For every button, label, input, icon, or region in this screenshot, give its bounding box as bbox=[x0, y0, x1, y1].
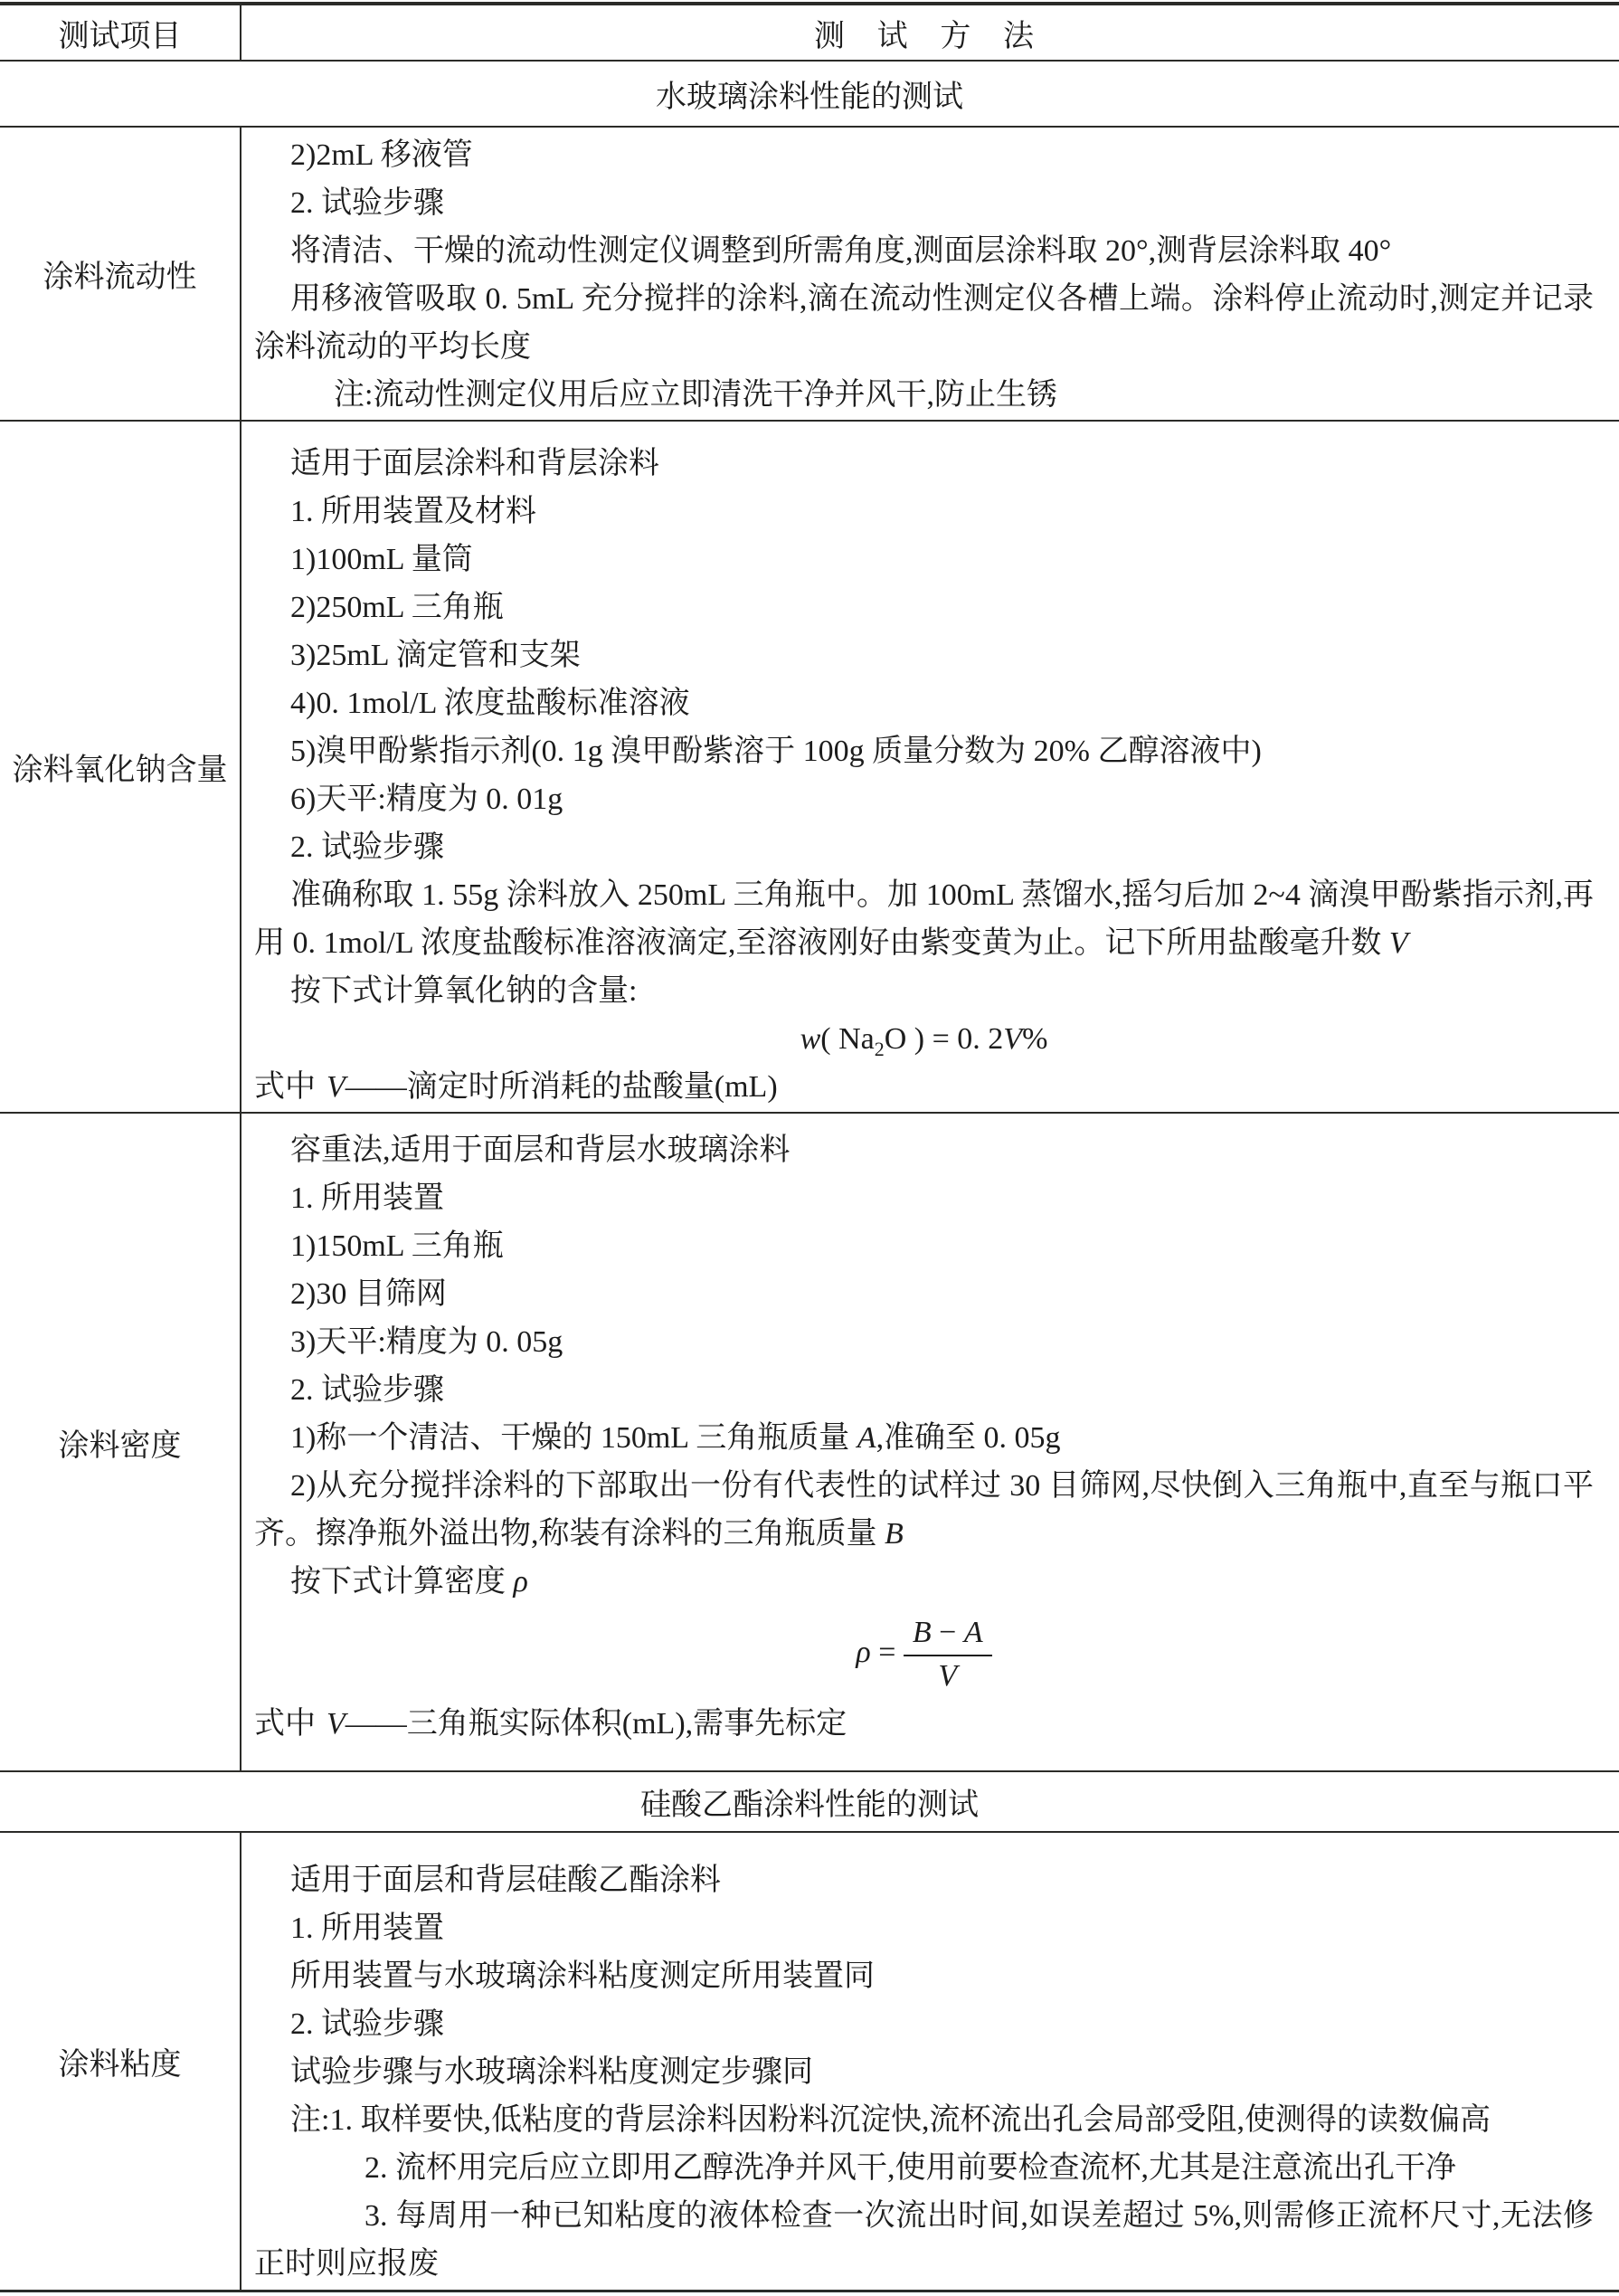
variable-A: A bbox=[964, 1616, 983, 1649]
column-header-test-item-label: 测试项目 bbox=[59, 11, 182, 55]
equals-sign: = bbox=[871, 1636, 904, 1669]
paragraph-text: 按下式计算密度 bbox=[290, 1565, 514, 1599]
variable-rho: ρ bbox=[856, 1636, 870, 1669]
test-methods-table: 测试项目 测试方法 水玻璃涂料性能的测试 涂料流动性 2)2mL 移液管 2. … bbox=[0, 2, 1619, 2292]
note-paragraph: 2. 流杯用完后应立即用乙醇洗净并风干,使用前要检查流杯,尤其是注意流出孔干净 bbox=[254, 2144, 1594, 2192]
variable-B: B bbox=[913, 1616, 932, 1649]
legend-text: ——滴定时所消耗的盐酸量(mL) bbox=[346, 1070, 778, 1104]
paragraph-text: 2)从充分搅拌涂料的下部取出一份有代表性的试样过 30 目筛网,尽快倒入三角瓶中… bbox=[254, 1469, 1594, 1551]
paragraph: 按下式计算氧化钠的含量: bbox=[254, 967, 1594, 1015]
paragraph: 1. 所用装置及材料 bbox=[254, 488, 1594, 536]
test-item-text: 涂料粘度 bbox=[59, 2039, 182, 2083]
variable-V: V bbox=[327, 1070, 346, 1104]
formula-text: ( Na bbox=[820, 1022, 874, 1056]
paragraph: 2)从充分搅拌涂料的下部取出一份有代表性的试样过 30 目筛网,尽快倒入三角瓶中… bbox=[254, 1462, 1594, 1558]
legend-prefix: 式中 bbox=[254, 1070, 316, 1104]
density-formula: ρ = B − AV bbox=[254, 1606, 1594, 1700]
fraction-numerator: B − A bbox=[904, 1615, 992, 1656]
note-paragraph: 注:流动性测定仪用后应立即清洗干净并风干,防止生锈 bbox=[254, 371, 1594, 419]
paragraph: 将清洁、干燥的流动性测定仪调整到所需角度,测面层涂料取 20°,测背层涂料取 4… bbox=[254, 227, 1594, 275]
variable-V: V bbox=[1003, 1022, 1022, 1056]
paragraph: 4)0. 1mol/L 浓度盐酸标准溶液 bbox=[254, 679, 1594, 727]
formula-text: % bbox=[1022, 1022, 1047, 1056]
paragraph: 6)天平:精度为 0. 01g bbox=[254, 775, 1594, 823]
method-cell-fluidity: 2)2mL 移液管 2. 试验步骤 将清洁、干燥的流动性测定仪调整到所需角度,测… bbox=[240, 128, 1619, 420]
column-header-test-method-label: 测试方法 bbox=[814, 11, 1066, 55]
section-title-water-glass: 水玻璃涂料性能的测试 bbox=[0, 62, 1619, 128]
paragraph: 1. 所用装置 bbox=[254, 1904, 1594, 1952]
test-item-text: 涂料密度 bbox=[59, 1420, 182, 1465]
variable-w: w bbox=[800, 1022, 821, 1056]
paragraph: 2. 试验步骤 bbox=[254, 1366, 1594, 1414]
paragraph-text: 1)称一个清洁、干燥的 150mL 三角瓶质量 bbox=[290, 1421, 857, 1455]
test-item-label-viscosity: 涂料粘度 bbox=[0, 1833, 240, 2290]
paragraph: 所用装置与水玻璃涂料粘度测定所用装置同 bbox=[254, 1952, 1594, 2000]
test-item-text: 涂料流动性 bbox=[43, 251, 197, 296]
column-header-test-item: 测试项目 bbox=[0, 5, 240, 60]
paragraph: 2. 试验步骤 bbox=[254, 179, 1594, 227]
paragraph: 2. 试验步骤 bbox=[254, 823, 1594, 871]
method-cell-density: 容重法,适用于面层和背层水玻璃涂料 1. 所用装置 1)150mL 三角瓶 2)… bbox=[240, 1114, 1619, 1770]
formula-legend: 式中V——三角瓶实际体积(mL),需事先标定 bbox=[254, 1700, 1594, 1748]
paragraph: 适用于面层和背层硅酸乙酯涂料 bbox=[254, 1856, 1594, 1904]
paragraph: 用移液管吸取 0. 5mL 充分搅拌的涂料,滴在流动性测定仪各槽上端。涂料停止流… bbox=[254, 275, 1594, 371]
paragraph: 2. 试验步骤 bbox=[254, 2000, 1594, 2048]
fraction-denominator: V bbox=[904, 1656, 992, 1694]
paragraph: 1)称一个清洁、干燥的 150mL 三角瓶质量 A,准确至 0. 05g bbox=[254, 1414, 1594, 1462]
method-cell-viscosity: 适用于面层和背层硅酸乙酯涂料 1. 所用装置 所用装置与水玻璃涂料粘度测定所用装… bbox=[240, 1833, 1619, 2290]
formula-legend: 式中V——滴定时所消耗的盐酸量(mL) bbox=[254, 1063, 1594, 1111]
paragraph: 适用于面层涂料和背层涂料 bbox=[254, 440, 1594, 488]
legend-prefix: 式中 bbox=[254, 1707, 316, 1741]
variable-rho: ρ bbox=[514, 1565, 528, 1599]
paragraph: 2)30 目筛网 bbox=[254, 1270, 1594, 1318]
table-header-row: 测试项目 测试方法 bbox=[0, 5, 1619, 62]
column-header-test-method: 测试方法 bbox=[240, 5, 1619, 60]
paragraph: 3)天平:精度为 0. 05g bbox=[254, 1318, 1594, 1366]
paragraph: 试验步骤与水玻璃涂料粘度测定步骤同 bbox=[254, 2048, 1594, 2096]
subscript-2: 2 bbox=[875, 1038, 885, 1060]
variable-V: V bbox=[1389, 926, 1408, 960]
note-paragraph: 3. 每周用一种已知粘度的液体检查一次流出时间,如误差超过 5%,则需修正流杯尺… bbox=[254, 2192, 1594, 2288]
row-coating-density: 涂料密度 容重法,适用于面层和背层水玻璃涂料 1. 所用装置 1)150mL 三… bbox=[0, 1114, 1619, 1772]
paragraph: 1. 所用装置 bbox=[254, 1174, 1594, 1222]
na2o-formula: w( Na2O ) = 0. 2V% bbox=[254, 1015, 1594, 1063]
section-title-ethyl-silicate-label: 硅酸乙酯涂料性能的测试 bbox=[640, 1779, 979, 1824]
test-item-label-na2o: 涂料氧化钠含量 bbox=[0, 422, 240, 1112]
legend-text: ——三角瓶实际体积(mL),需事先标定 bbox=[346, 1707, 847, 1741]
formula-text: O ) = 0. 2 bbox=[885, 1022, 1004, 1056]
section-title-ethyl-silicate: 硅酸乙酯涂料性能的测试 bbox=[0, 1772, 1619, 1833]
row-sodium-oxide-content: 涂料氧化钠含量 适用于面层涂料和背层涂料 1. 所用装置及材料 1)100mL … bbox=[0, 422, 1619, 1114]
test-item-label-fluidity: 涂料流动性 bbox=[0, 128, 240, 420]
test-item-label-density: 涂料密度 bbox=[0, 1114, 240, 1770]
fraction: B − AV bbox=[904, 1615, 992, 1694]
paragraph: 2)2mL 移液管 bbox=[254, 131, 1594, 179]
variable-V: V bbox=[327, 1707, 346, 1741]
paragraph: 准确称取 1. 55g 涂料放入 250mL 三角瓶中。加 100mL 蒸馏水,… bbox=[254, 871, 1594, 967]
row-coating-viscosity: 涂料粘度 适用于面层和背层硅酸乙酯涂料 1. 所用装置 所用装置与水玻璃涂料粘度… bbox=[0, 1833, 1619, 2292]
paragraph: 容重法,适用于面层和背层水玻璃涂料 bbox=[254, 1126, 1594, 1174]
paragraph: 1)150mL 三角瓶 bbox=[254, 1222, 1594, 1270]
paragraph: 按下式计算密度 ρ bbox=[254, 1558, 1594, 1606]
minus-sign: − bbox=[932, 1616, 964, 1649]
paragraph: 3)25mL 滴定管和支架 bbox=[254, 631, 1594, 679]
section-title-water-glass-label: 水玻璃涂料性能的测试 bbox=[656, 71, 963, 116]
test-item-text: 涂料氧化钠含量 bbox=[13, 745, 228, 789]
variable-A: A bbox=[857, 1421, 876, 1455]
paragraph: 2)250mL 三角瓶 bbox=[254, 583, 1594, 631]
method-cell-na2o: 适用于面层涂料和背层涂料 1. 所用装置及材料 1)100mL 量筒 2)250… bbox=[240, 422, 1619, 1112]
variable-B: B bbox=[885, 1517, 904, 1551]
paragraph-text: ,准确至 0. 05g bbox=[876, 1421, 1061, 1455]
paragraph: 5)溴甲酚紫指示剂(0. 1g 溴甲酚紫溶于 100g 质量分数为 20% 乙醇… bbox=[254, 727, 1594, 775]
note-paragraph: 注:1. 取样要快,低粘度的背层涂料因粉料沉淀快,流杯流出孔会局部受阻,使测得的… bbox=[254, 2096, 1594, 2144]
paragraph: 1)100mL 量筒 bbox=[254, 536, 1594, 583]
row-coating-fluidity: 涂料流动性 2)2mL 移液管 2. 试验步骤 将清洁、干燥的流动性测定仪调整到… bbox=[0, 128, 1619, 422]
